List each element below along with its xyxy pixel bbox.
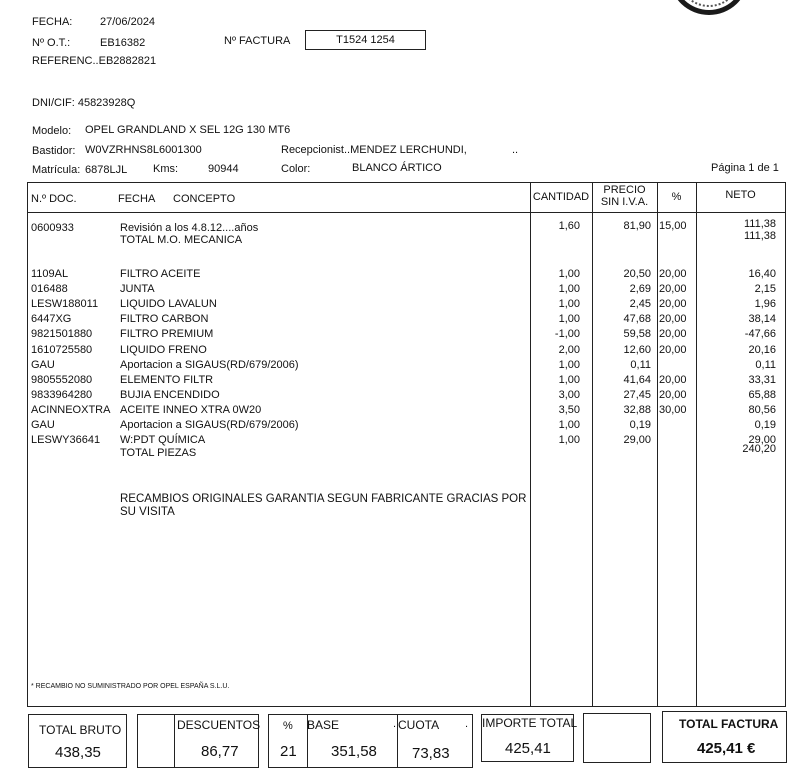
part-concept: FILTRO CARBON: [120, 313, 208, 325]
total-bruto-box: TOTAL BRUTO 438,35: [28, 714, 127, 768]
part-precio: 0,11: [630, 359, 651, 371]
part-pct: 20,00: [659, 344, 687, 356]
part-cantidad: 1,00: [559, 374, 580, 386]
note-line-1: RECAMBIOS ORIGINALES GARANTIA SEGUN FABR…: [120, 493, 526, 505]
total-factura-label: TOTAL FACTURA: [679, 717, 778, 731]
part-neto: 38,14: [748, 313, 776, 325]
part-precio: 59,58: [623, 328, 651, 340]
labor-doc: 0600933: [31, 222, 74, 234]
descuentos-divider: [174, 715, 175, 767]
importe-total-value: 425,41: [505, 740, 551, 757]
part-concept: JUNTA: [120, 283, 155, 295]
part-doc: LESW188011: [31, 298, 98, 310]
descuentos-label: DESCUENTOS: [177, 718, 260, 732]
part-cantidad: 1,00: [559, 298, 580, 310]
part-neto: 20,16: [748, 344, 776, 356]
table-top-border: [27, 182, 785, 183]
part-pct: 30,00: [659, 404, 687, 416]
part-precio: 27,45: [623, 389, 651, 401]
importe-total-box: IMPORTE TOTAL 425,41: [481, 714, 574, 762]
part-doc: ACINNEOXTRA: [31, 404, 110, 416]
total-bruto-label: TOTAL BRUTO: [39, 723, 121, 737]
part-neto: 16,40: [748, 268, 776, 280]
part-precio: 2,69: [630, 283, 651, 295]
cuota-label: CUOTA: [398, 718, 439, 732]
bastidor-label: Bastidor:: [32, 145, 75, 157]
note-line-2: SU VISITA: [120, 506, 175, 518]
base-value: 351,58: [331, 743, 377, 760]
part-cantidad: 1,00: [559, 419, 580, 431]
dni-cif: DNI/CIF: 45823928Q: [32, 97, 135, 109]
part-precio: 41,64: [623, 374, 651, 386]
part-cantidad: 1,00: [559, 359, 580, 371]
footnote: * RECAMBIO NO SUMINISTRADO POR OPEL ESPA…: [31, 683, 229, 690]
part-pct: 20,00: [659, 313, 687, 325]
part-neto: 0,11: [755, 359, 776, 371]
header-doc: N.º DOC.: [31, 193, 77, 205]
part-cantidad: -1,00: [555, 328, 580, 340]
part-concept: Aportacion a SIGAUS(RD/679/2006): [120, 359, 299, 371]
matricula-label: Matrícula:: [32, 164, 80, 176]
header-fecha: FECHA: [118, 193, 155, 205]
header-pct: %: [657, 192, 696, 203]
base-ellipsis: .: [393, 718, 396, 730]
part-doc: GAU: [31, 359, 55, 371]
referencia: REFERENC..EB2882821: [32, 55, 156, 67]
part-cantidad: 1,00: [559, 268, 580, 280]
col-divider-cantidad: [530, 182, 531, 707]
part-pct: 20,00: [659, 268, 687, 280]
labor-concept: Revisión a los 4.8.12....años: [120, 222, 258, 234]
part-concept: LIQUIDO FRENO: [120, 344, 207, 356]
importe-total-label: IMPORTE TOTAL: [482, 716, 577, 730]
part-cantidad: 3,00: [559, 389, 580, 401]
part-concept: ELEMENTO FILTR: [120, 374, 213, 386]
recepcionista-suffix: ..: [512, 144, 518, 156]
part-neto: 80,56: [748, 404, 776, 416]
total-bruto-value: 438,35: [55, 744, 101, 761]
part-neto: -47,66: [745, 328, 776, 340]
part-precio: 47,68: [623, 313, 651, 325]
part-pct: 20,00: [659, 374, 687, 386]
seal-ring: [678, 0, 740, 7]
factura-number: T1524 1254: [336, 34, 395, 46]
part-pct: 20,00: [659, 328, 687, 340]
fecha-label: FECHA:: [32, 16, 72, 28]
kms-label: Kms:: [153, 163, 178, 175]
labor-cantidad: 1,60: [559, 220, 580, 232]
part-concept: LIQUIDO LAVALUN: [120, 298, 217, 310]
part-neto: 2,15: [755, 283, 776, 295]
modelo-value: OPEL GRANDLAND X SEL 12G 130 MT6: [85, 124, 290, 136]
part-neto: 65,88: [748, 389, 776, 401]
part-concept: FILTRO PREMIUM: [120, 328, 213, 340]
base-label: BASE: [307, 718, 339, 732]
part-pct: 20,00: [659, 283, 687, 295]
part-cantidad: 1,00: [559, 283, 580, 295]
part-neto: 0,19: [755, 419, 776, 431]
part-precio: 20,50: [623, 268, 651, 280]
iva-pct-label: %: [283, 720, 293, 732]
header-precio-2: SIN I.V.A.: [592, 197, 657, 208]
total-factura-box: TOTAL FACTURA 425,41 €: [662, 711, 787, 763]
col-divider-neto: [696, 182, 697, 707]
table-right-border: [785, 182, 786, 707]
color-label: Color:: [281, 163, 310, 175]
part-doc: 016488: [31, 283, 68, 295]
modelo-label: Modelo:: [32, 125, 71, 137]
part-concept: W:PDT QUÍMICA: [120, 434, 205, 446]
part-neto: 33,31: [748, 374, 776, 386]
part-cantidad: 3,50: [559, 404, 580, 416]
part-doc: LESWY36641: [31, 434, 100, 446]
ot-label: Nº O.T.:: [32, 37, 70, 49]
part-doc: GAU: [31, 419, 55, 431]
bastidor-value: W0VZRHNS8L6001300: [85, 144, 202, 156]
cuota-value: 73,83: [412, 745, 450, 762]
part-pct: 20,00: [659, 298, 687, 310]
part-cantidad: 2,00: [559, 344, 580, 356]
part-concept: FILTRO ACEITE: [120, 268, 200, 280]
part-precio: 32,88: [623, 404, 651, 416]
empty-box: [583, 713, 651, 763]
page-indicator: Página 1 de 1: [711, 162, 779, 174]
part-cantidad: 1,00: [559, 313, 580, 325]
part-cantidad: 1,00: [559, 434, 580, 446]
cuota-ellipsis: .: [465, 718, 468, 730]
col-divider-precio: [592, 182, 593, 707]
part-doc: 1109AL: [31, 268, 68, 280]
descuentos-box: DESCUENTOS 86,77: [137, 714, 259, 768]
header-precio-1: PRECIO: [592, 185, 657, 196]
labor-precio: 81,90: [623, 220, 651, 232]
part-doc: 6447XG: [31, 313, 71, 325]
labor-total-value: 111,38: [744, 230, 776, 242]
company-seal-stamp: [670, 0, 748, 15]
factura-label: Nº FACTURA: [224, 35, 290, 47]
kms-value: 90944: [208, 163, 239, 175]
part-doc: 9833964280: [31, 389, 92, 401]
iva-pct-value: 21: [280, 743, 297, 760]
part-precio: 0,19: [630, 419, 651, 431]
table-header-divider: [27, 212, 785, 213]
labor-total-label: TOTAL M.O. MECANICA: [120, 234, 242, 246]
part-precio: 2,45: [630, 298, 651, 310]
labor-pct: 15,00: [659, 220, 687, 232]
part-doc: 9821501880: [31, 328, 92, 340]
matricula-value: 6878LJL: [85, 164, 127, 176]
part-neto: 1,96: [755, 298, 776, 310]
part-doc: 9805552080: [31, 374, 92, 386]
part-concept: Aportacion a SIGAUS(RD/679/2006): [120, 419, 299, 431]
recepcionista: Recepcionist..MENDEZ LERCHUNDI,: [281, 144, 467, 156]
labor-neto: 111,38: [744, 218, 776, 230]
header-cantidad: CANTIDAD: [530, 192, 592, 203]
factura-number-box: T1524 1254: [305, 30, 426, 50]
part-concept: BUJIA ENCENDIDO: [120, 389, 220, 401]
fecha-value: 27/06/2024: [100, 16, 155, 28]
total-factura-value: 425,41 €: [697, 740, 755, 757]
table-left-border: [27, 182, 28, 707]
color-value: BLANCO ÁRTICO: [352, 162, 442, 174]
col-divider-pct: [657, 182, 658, 707]
header-concepto: CONCEPTO: [173, 193, 235, 205]
part-precio: 12,60: [623, 344, 651, 356]
part-doc: 1610725580: [31, 344, 92, 356]
header-neto: NETO: [696, 190, 785, 201]
part-concept: ACEITE INNEO XTRA 0W20: [120, 404, 261, 416]
table-bottom-border: [27, 706, 785, 707]
part-pct: 20,00: [659, 389, 687, 401]
iva-box: % 21 BASE . 351,58 CUOTA . 73,83: [268, 714, 473, 768]
part-precio: 29,00: [623, 434, 651, 446]
ot-value: EB16382: [100, 37, 145, 49]
parts-total-label: TOTAL PIEZAS: [120, 447, 196, 459]
descuentos-value: 86,77: [201, 743, 239, 760]
parts-total-value: 240,20: [742, 443, 776, 455]
